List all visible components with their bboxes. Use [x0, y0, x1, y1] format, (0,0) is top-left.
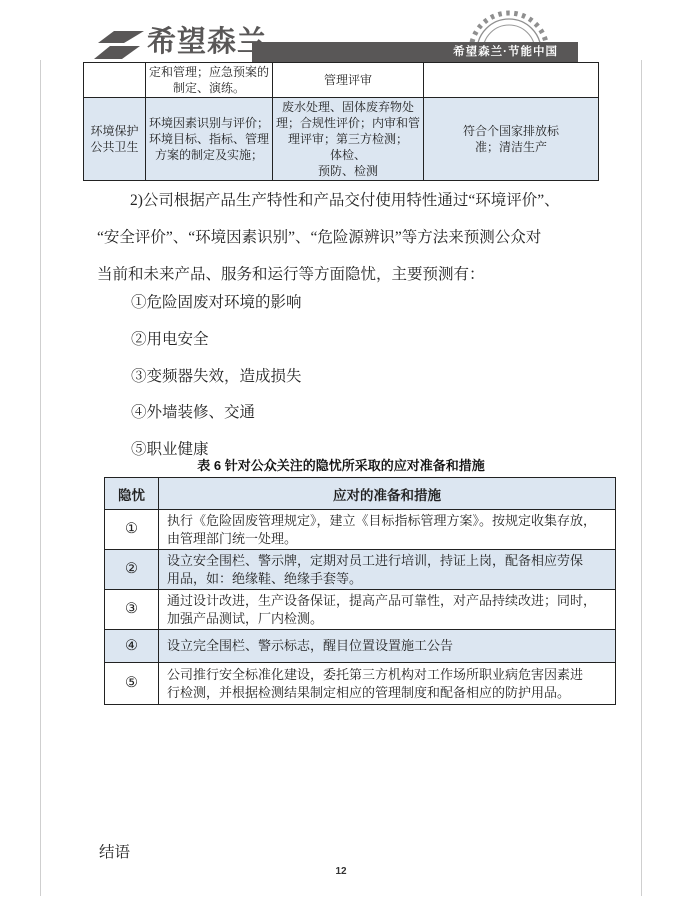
- table-cell: 环境保护 公共卫生: [84, 98, 146, 181]
- gear-icon: [462, 4, 554, 42]
- list-item: ④外墙装修、交通: [131, 395, 302, 432]
- header-banner: 希望森兰·节能中国: [252, 42, 578, 62]
- page-number: 12: [0, 866, 682, 877]
- page-border-right: [641, 60, 642, 896]
- row-number: ⑤: [105, 663, 159, 705]
- table-row: ① 执行《危险固废管理规定》，建立《目标指标管理方案》。按规定收集存放， 由管理…: [105, 510, 616, 550]
- row-number: ②: [105, 550, 159, 590]
- row-number: ③: [105, 590, 159, 630]
- top-table: 定和管理；应急预案的 制定、演练。 管理评审 环境保护 公共卫生 环境因素识别与…: [83, 62, 599, 181]
- table-row: ④ 设立完全围栏、警示标志，醒目位置设置施工公告: [105, 630, 616, 663]
- page-border-left: [40, 60, 41, 896]
- row-number: ①: [105, 510, 159, 550]
- table-cell: [424, 63, 599, 98]
- row-text: 设立完全围栏、警示标志，醒目位置设置施工公告: [159, 630, 616, 663]
- closing-heading: 结语: [99, 840, 130, 862]
- logo-text: 希望森兰: [147, 26, 267, 58]
- table-cell: [84, 63, 146, 98]
- logo-mark-icon: [94, 29, 144, 61]
- row-text: 公司推行安全标准化建设，委托第三方机构对工作场所职业病危害因素进 行检测，并根据…: [159, 663, 616, 705]
- table-caption: 表 6 针对公众关注的隐忧所采取的应对准备和措施: [0, 455, 682, 474]
- table-row: 环境保护 公共卫生 环境因素识别与评价； 环境目标、指标、管理 方案的制定及实施…: [84, 98, 599, 181]
- body-paragraph: 2)公司根据产品生产特性和产品交付使用特性通过“环境评价”、 “安全评价”、“环…: [97, 182, 593, 293]
- response-table: 隐忧 应对的准备和措施 ① 执行《危险固废管理规定》，建立《目标指标管理方案》。…: [104, 477, 616, 705]
- list-item: ②用电安全: [131, 322, 302, 359]
- row-text: 设立安全围栏、警示牌，定期对员工进行培训，持证上岗，配备相应劳保 用品，如：绝缘…: [159, 550, 616, 590]
- table-cell: 废水处理、固体废弃物处 理；合规性评价；内审和管 理评审；第三方检测；体检、 预…: [273, 98, 424, 181]
- row-text: 通过设计改进，生产设备保证，提高产品可靠性，对产品持续改进；同时， 加强产品测试…: [159, 590, 616, 630]
- row-text: 执行《危险固废管理规定》，建立《目标指标管理方案》。按规定收集存放， 由管理部门…: [159, 510, 616, 550]
- banner-label: 希望森兰·节能中国: [453, 42, 558, 62]
- row-number: ④: [105, 630, 159, 663]
- table-header-cell: 应对的准备和措施: [159, 478, 616, 510]
- table-row: ③ 通过设计改进，生产设备保证，提高产品可靠性，对产品持续改进；同时， 加强产品…: [105, 590, 616, 630]
- table-header-cell: 隐忧: [105, 478, 159, 510]
- concern-list: ①危险固废对环境的影响 ②用电安全 ③变频器失效，造成损失 ④外墙装修、交通 ⑤…: [131, 285, 302, 469]
- table-cell: 管理评审: [273, 63, 424, 98]
- table-cell: 环境因素识别与评价； 环境目标、指标、管理 方案的制定及实施；: [146, 98, 273, 181]
- table-cell: 符合个国家排放标 准；清洁生产: [424, 98, 599, 181]
- table-cell: 定和管理；应急预案的 制定、演练。: [146, 63, 273, 98]
- table-row: 定和管理；应急预案的 制定、演练。 管理评审: [84, 63, 599, 98]
- table-header-row: 隐忧 应对的准备和措施: [105, 478, 616, 510]
- list-item: ①危险固废对环境的影响: [131, 285, 302, 322]
- table-row: ⑤ 公司推行安全标准化建设，委托第三方机构对工作场所职业病危害因素进 行检测，并…: [105, 663, 616, 705]
- list-item: ③变频器失效，造成损失: [131, 359, 302, 396]
- table-row: ② 设立安全围栏、警示牌，定期对员工进行培训，持证上岗，配备相应劳保 用品，如：…: [105, 550, 616, 590]
